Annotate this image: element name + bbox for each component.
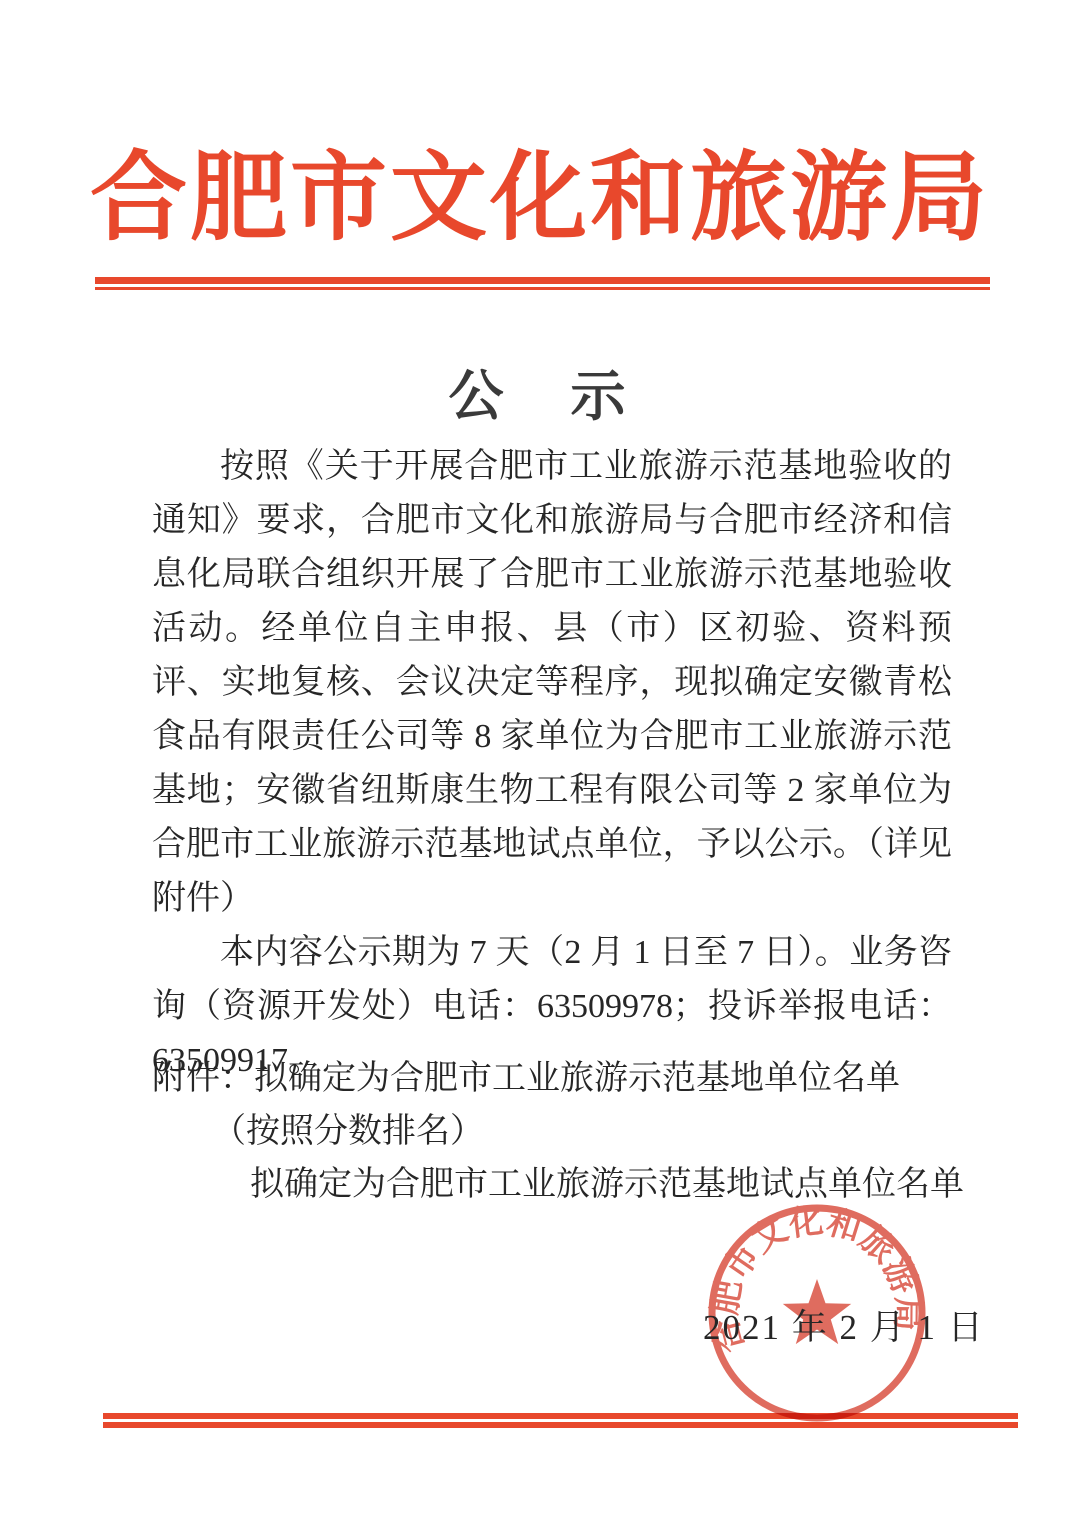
divider-thick-line <box>95 277 990 284</box>
document-body: 按照《关于开展合肥市工业旅游示范基地验收的通知》要求，合肥市文化和旅游局与合肥市… <box>152 440 952 1088</box>
document-date: 2021 年 2 月 1 日 <box>703 1300 985 1350</box>
letterhead-agency-name: 合肥市文化和旅游局 <box>90 146 990 253</box>
document-title: 公 示 <box>0 352 1080 431</box>
official-document-page: 合肥市文化和旅游局 公 示 按照《关于开展合肥市工业旅游示范基地验收的通知》要求… <box>0 0 1080 1526</box>
attachment-item-1: 附件：拟确定为合肥市工业旅游示范基地单位名单 <box>152 1052 972 1105</box>
attachment-item-1-note: （按照分数排名） <box>152 1105 972 1158</box>
body-paragraph-1: 按照《关于开展合肥市工业旅游示范基地验收的通知》要求，合肥市文化和旅游局与合肥市… <box>152 440 952 926</box>
letterhead-divider-rule <box>95 277 990 290</box>
divider-thin-line <box>95 287 990 290</box>
